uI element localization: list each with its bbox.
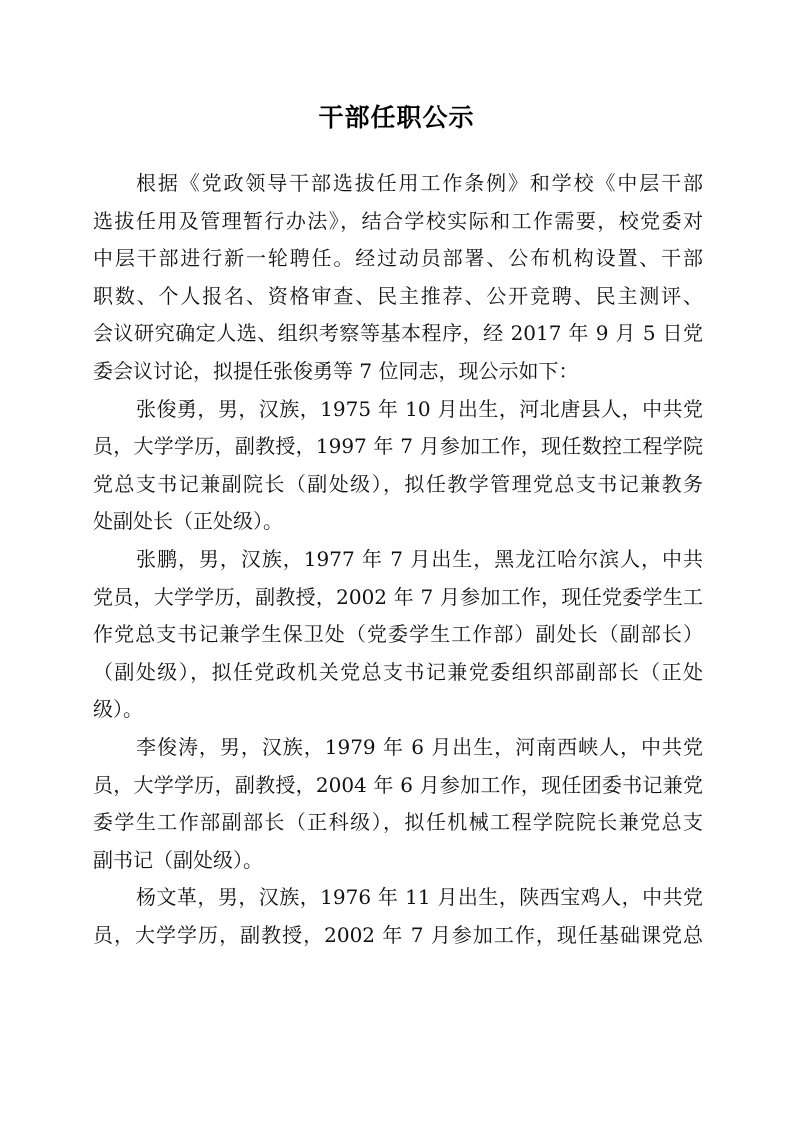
paragraph-line: 处副处长（正处级）。	[93, 503, 703, 541]
paragraph-candidate-yang-wenge: 杨文革，男，汉族，1976 年 11 月出生，陕西宝鸡人，中共党 员，大学学历，…	[93, 879, 703, 954]
paragraph-line: 委会议讨论，拟提任张俊勇等 7 位同志，现公示如下：	[93, 353, 703, 391]
paragraph-line: （副处级），拟任党政机关党总支书记兼党委组织部副部长（正处	[93, 654, 703, 692]
paragraph-candidate-li-juntao: 李俊涛，男，汉族，1979 年 6 月出生，河南西峡人，中共党 员，大学学历，副…	[93, 729, 703, 879]
paragraph-line: 职数、个人报名、资格审查、民主推荐、公开竞聘、民主测评、	[93, 278, 703, 316]
paragraph-candidate-zhang-junyong: 张俊勇，男，汉族，1975 年 10 月出生，河北唐县人，中共党 员，大学学历，…	[93, 391, 703, 541]
paragraph-line: 张鹏，男，汉族，1977 年 7 月出生，黑龙江哈尔滨人，中共	[93, 541, 703, 579]
paragraph-line: 员，大学学历，副教授，1997 年 7 月参加工作，现任数控工程学院	[93, 428, 703, 466]
document-body: 根据《党政领导干部选拔任用工作条例》和学校《中层干部 选拔任用及管理暂行办法》，…	[93, 165, 703, 954]
paragraph-line: 员，大学学历，副教授，2002 年 7 月参加工作，现任基础课党总	[93, 917, 703, 955]
paragraph-line: 副书记（副处级）。	[93, 842, 703, 880]
paragraph-line: 作党总支书记兼学生保卫处（党委学生工作部）副处长（副部长）	[93, 616, 703, 654]
document-title: 干部任职公示	[0, 98, 793, 138]
paragraph-line: 员，大学学历，副教授，2004 年 6 月参加工作，现任团委书记兼党	[93, 767, 703, 805]
document-page: 干部任职公示 根据《党政领导干部选拔任用工作条例》和学校《中层干部 选拔任用及管…	[0, 0, 793, 1122]
paragraph-line: 中层干部进行新一轮聘任。经过动员部署、公布机构设置、干部	[93, 240, 703, 278]
paragraph-line: 根据《党政领导干部选拔任用工作条例》和学校《中层干部	[93, 165, 703, 203]
paragraph-intro: 根据《党政领导干部选拔任用工作条例》和学校《中层干部 选拔任用及管理暂行办法》，…	[93, 165, 703, 391]
paragraph-line: 级）。	[93, 691, 703, 729]
paragraph-line: 选拔任用及管理暂行办法》，结合学校实际和工作需要，校党委对	[93, 203, 703, 241]
paragraph-candidate-zhang-peng: 张鹏，男，汉族，1977 年 7 月出生，黑龙江哈尔滨人，中共 党员，大学学历，…	[93, 541, 703, 729]
paragraph-line: 党总支书记兼副院长（副处级），拟任教学管理党总支书记兼教务	[93, 466, 703, 504]
paragraph-line: 张俊勇，男，汉族，1975 年 10 月出生，河北唐县人，中共党	[93, 391, 703, 429]
paragraph-line: 委学生工作部副部长（正科级），拟任机械工程学院院长兼党总支	[93, 804, 703, 842]
paragraph-line: 会议研究确定人选、组织考察等基本程序，经 2017 年 9 月 5 日党	[93, 315, 703, 353]
paragraph-line: 李俊涛，男，汉族，1979 年 6 月出生，河南西峡人，中共党	[93, 729, 703, 767]
paragraph-line: 党员，大学学历，副教授，2002 年 7 月参加工作，现任党委学生工	[93, 579, 703, 617]
paragraph-line: 杨文革，男，汉族，1976 年 11 月出生，陕西宝鸡人，中共党	[93, 879, 703, 917]
